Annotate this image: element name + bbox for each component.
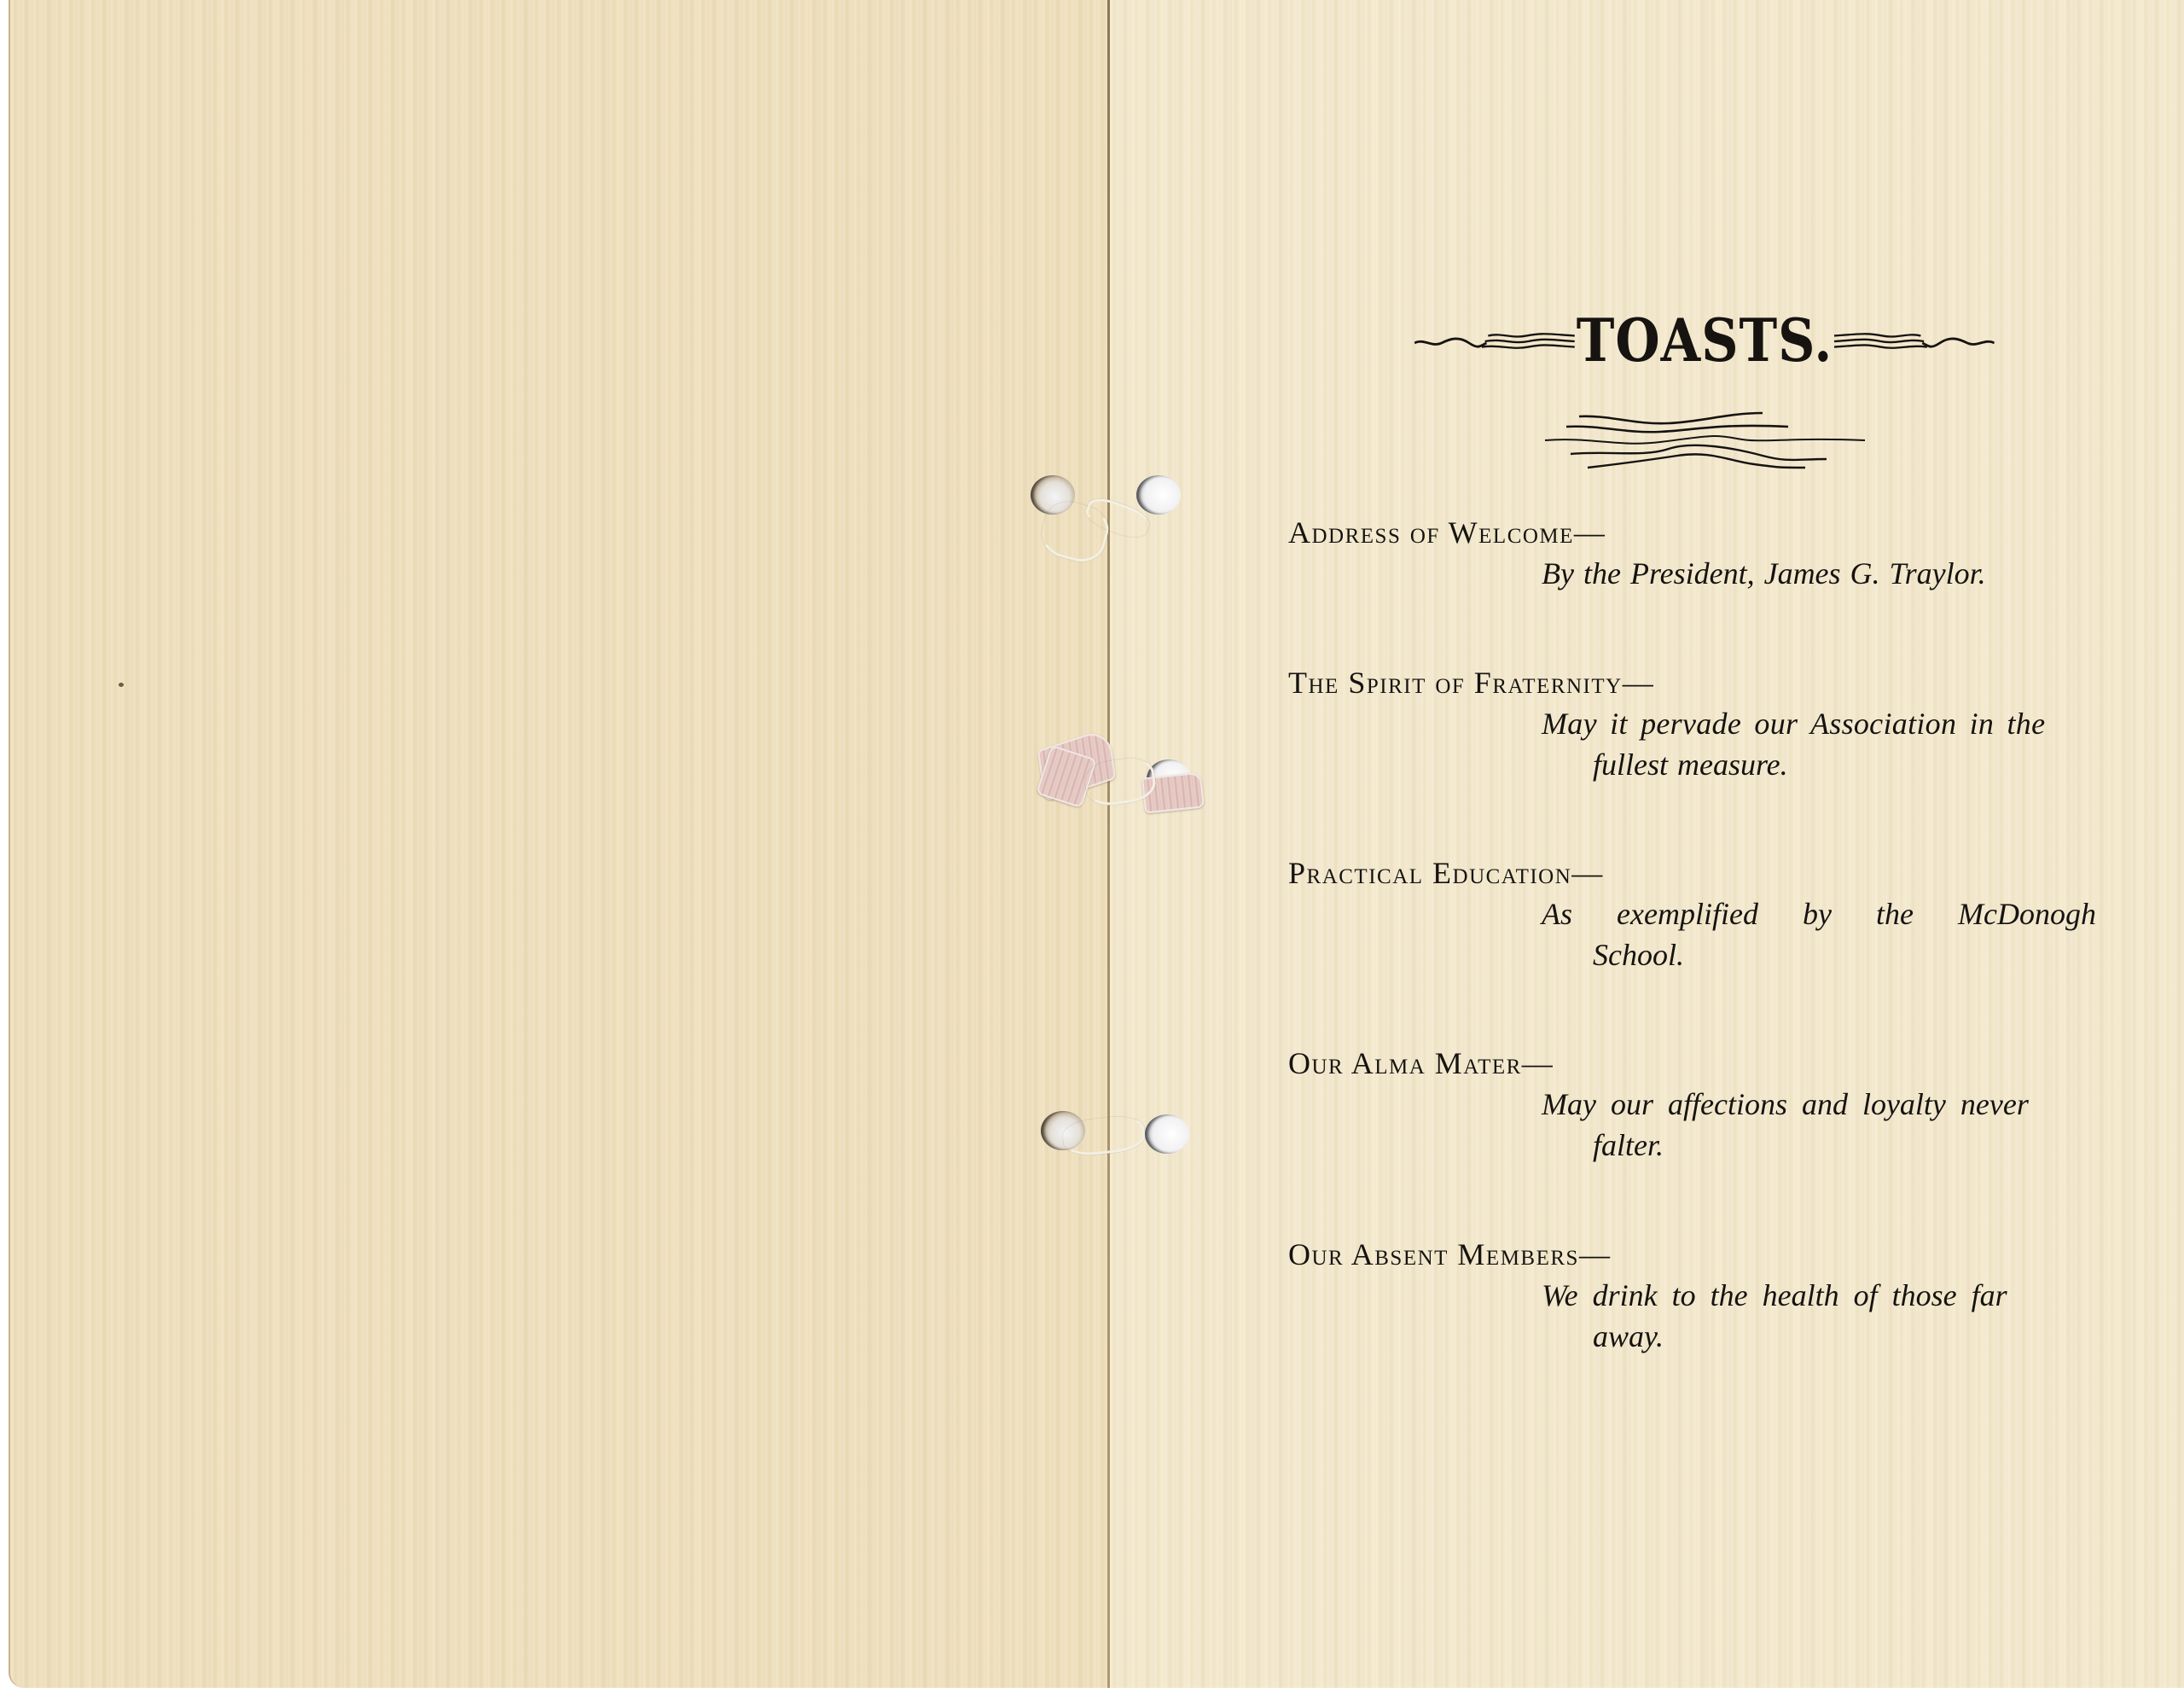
page-title: TOASTS.	[1577, 312, 1833, 371]
toast-word: the	[1876, 893, 1914, 934]
toast-text-line: May our affections and loyalty never	[1542, 1084, 2096, 1125]
wave-flourish-right-icon	[1834, 324, 1995, 358]
toast-text-line: away.	[1542, 1316, 2096, 1357]
toast-text: By the President, James G. Traylor.	[1490, 553, 2096, 594]
toast-text-line: falter.	[1542, 1125, 2096, 1166]
toast-word: by	[1803, 893, 1832, 934]
toast-text-line: fullest measure.	[1542, 744, 2096, 785]
toast-text-line: School.	[1542, 934, 2096, 975]
binding-hole-right-top	[1136, 475, 1181, 515]
toast-heading: The Spirit of Fraternity—	[1288, 667, 2116, 698]
toast-heading: Address of Welcome—	[1288, 517, 2116, 548]
toast-word: exemplified	[1617, 893, 1758, 934]
toast-text: May our affections and loyalty never fal…	[1490, 1084, 2096, 1166]
toast-entry: Our Alma Mater— May our affections and l…	[1288, 1048, 2116, 1079]
toast-text: We drink to the health of those far away…	[1490, 1275, 2096, 1357]
spine-fold	[1107, 0, 1110, 1688]
title-row: TOASTS.	[1414, 307, 1995, 375]
toast-text-line: May it pervade our Association in the	[1542, 703, 2096, 744]
right-page	[1109, 0, 2184, 1688]
left-page	[9, 0, 1111, 1688]
toast-text-line: We drink to the health of those far	[1542, 1275, 2096, 1316]
wavy-lines-ornament-icon	[1541, 408, 1873, 485]
toast-text-line: As exemplified by the McDonogh	[1542, 893, 2096, 934]
toast-word: McDonogh	[1958, 893, 2096, 934]
toast-heading: Our Alma Mater—	[1288, 1048, 2116, 1079]
toast-word: As	[1542, 893, 1572, 934]
wave-flourish-left-icon	[1414, 324, 1575, 358]
toast-entry: Our Absent Members— We drink to the heal…	[1288, 1239, 2116, 1270]
toast-heading: Our Absent Members—	[1288, 1239, 2116, 1270]
toast-entry: Address of Welcome— By the President, Ja…	[1288, 517, 2116, 548]
paper-speck	[119, 683, 124, 687]
toast-heading: Practical Education—	[1288, 858, 2116, 888]
binding-hole-right-bottom	[1145, 1114, 1189, 1154]
toast-text: May it pervade our Association in the fu…	[1490, 703, 2096, 785]
toast-text: As exemplified by the McDonogh School.	[1490, 893, 2096, 975]
toast-entry: Practical Education— As exemplified by t…	[1288, 858, 2116, 888]
toast-text-line: By the President, James G. Traylor.	[1542, 553, 2096, 594]
booklet-spread: TOASTS. Address of Welcome— By the Presi…	[9, 0, 2184, 1693]
toast-entry: The Spirit of Fraternity— May it pervade…	[1288, 667, 2116, 698]
